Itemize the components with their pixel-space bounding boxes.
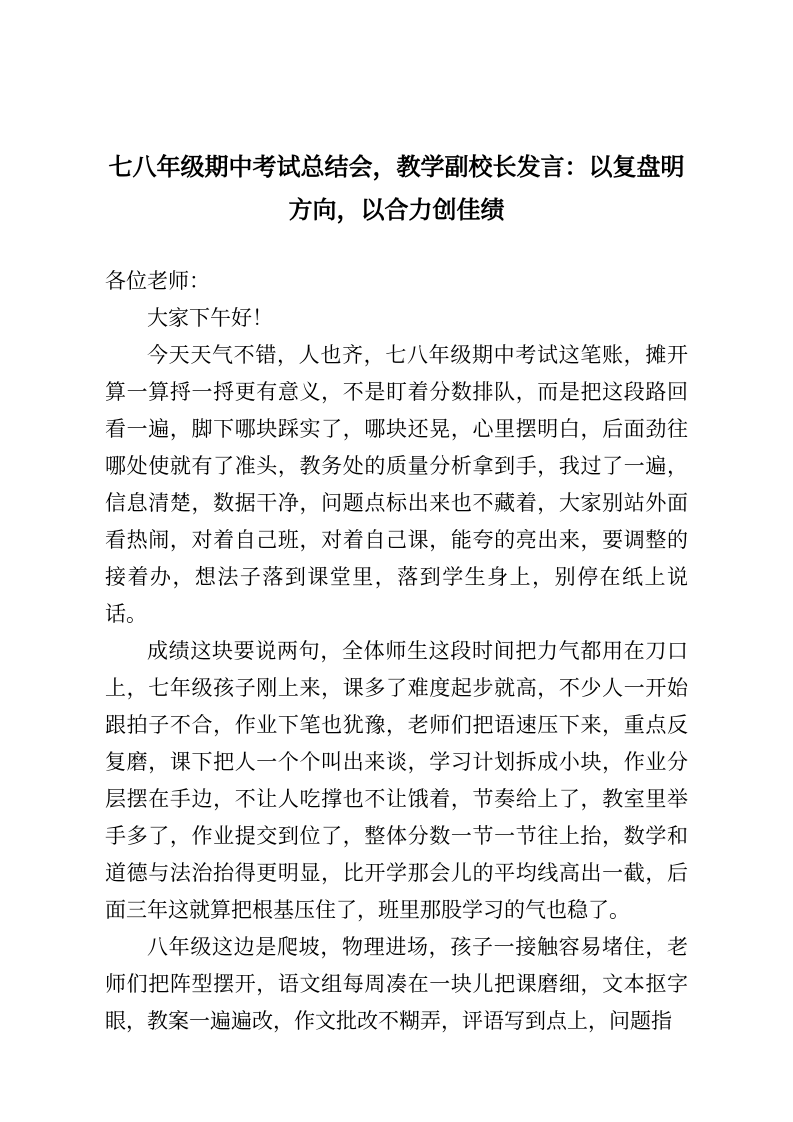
document-body: 各位老师： 大家下午好！ 今天天气不错，人也齐，七八年级期中考试这笔账，摊开算一… [105, 263, 688, 1040]
document-content: 七八年级期中考试总结会，教学副校长发言：以复盘明方向，以合力创佳绩 各位老师： … [105, 0, 688, 1040]
body-paragraph-1: 今天天气不错，人也齐，七八年级期中考试这笔账，摊开算一算捋一捋更有意义，不是盯着… [105, 337, 688, 633]
greeting-line: 大家下午好！ [105, 300, 688, 337]
body-paragraph-3: 八年级这边是爬坡，物理进场，孩子一接触容易堵住，老师们把阵型摆开，语文组每周凑在… [105, 929, 688, 1040]
document-title: 七八年级期中考试总结会，教学副校长发言：以复盘明方向，以合力创佳绩 [105, 147, 688, 233]
document-page: 七八年级期中考试总结会，教学副校长发言：以复盘明方向，以合力创佳绩 各位老师： … [0, 0, 793, 1122]
salutation-line: 各位老师： [105, 263, 688, 300]
body-paragraph-2: 成绩这块要说两句，全体师生这段时间把力气都用在刀口上，七年级孩子刚上来，课多了难… [105, 633, 688, 929]
